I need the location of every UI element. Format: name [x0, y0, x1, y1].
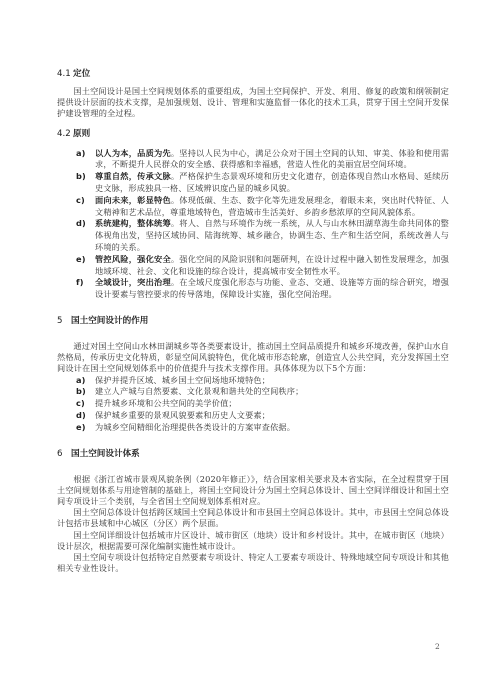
list-item: e)管控风险，强化安全。强化空间的风险识别和问题研判，在设计过程中融入韧性发展理…: [57, 254, 449, 278]
heading-title: 国土空间设计的作用: [71, 316, 148, 326]
item-text: 建立人产城与自然要素、文化景观和谐共处的空间秩序；: [95, 386, 303, 396]
paragraph-system-2: 国土空间总体设计包括跨区域国土空间总体设计和市县国土空间总体设计。其中，市县国土…: [57, 507, 449, 529]
list-item: a)保护并提升区域、城乡国土空间场地环境特色；: [57, 375, 449, 387]
list-marker: f): [76, 277, 84, 289]
heading-title: 原则: [73, 129, 90, 139]
list-marker: b): [76, 386, 86, 398]
heading-4-2: 4.2原则: [57, 128, 449, 140]
list-item: e)为城乡空间精细化治理提供各类设计的方案审查依据。: [57, 422, 449, 434]
list-item: d)保护城乡重要的景观风貌要素和历史人文要素；: [57, 410, 449, 422]
list-marker: a): [76, 375, 86, 387]
paragraph-role: 通过对国土空间山水林田湖城乡等各类要素设计，推动国土空间品质提升和城乡环境改善，…: [57, 341, 449, 375]
page-content: 4.1定位 国土空间设计是国土空间规划体系的重要组成，为国土空间保护、开发、利用…: [57, 68, 449, 574]
paragraph-system-1: 根据《浙江省城市景观风貌条例（2020年修正）》，结合国家相关要求及本省实际，在…: [57, 474, 449, 508]
heading-4-1: 4.1定位: [57, 68, 449, 80]
heading-title: 定位: [73, 69, 90, 79]
item-lead: 全域设计，突出治理: [95, 277, 171, 287]
list-marker: a): [76, 148, 86, 160]
item-lead: 尊重自然，传承文脉: [95, 171, 171, 181]
list-item: f)全域设计，突出治理。在全域尺度强化形态与功能、业态、交通、设施等方面的综合研…: [57, 277, 449, 301]
list-item: b)尊重自然，传承文脉。严格保护生态景观环境和历史文化遗存，创造体现自然山水格局…: [57, 171, 449, 195]
item-text: 为城乡空间精细化治理提供各类设计的方案审查依据。: [95, 422, 295, 432]
item-lead: 系统建构，整体统筹: [95, 218, 171, 228]
document-page: 4.1定位 国土空间设计是国土空间规划体系的重要组成，为国土空间保护、开发、利用…: [0, 0, 495, 700]
heading-5: 5国土空间设计的作用: [57, 315, 449, 327]
heading-number: 4.1: [57, 68, 73, 80]
item-lead: 面向未来，彰显特色: [95, 195, 171, 205]
list-marker: c): [76, 195, 85, 207]
heading-number: 5: [57, 315, 71, 327]
list-item: c)提升城乡环境和公共空间的美学价值；: [57, 398, 449, 410]
list-item: a)以人为本，品质为先。坚持以人民为中心，满足公众对于国土空间的认知、审美、体验…: [57, 148, 449, 172]
item-text: 保护并提升区域、城乡国土空间场地环境特色；: [95, 375, 270, 385]
list-item: c)面向未来，彰显特色。体现低碳、生态、数字化等先进发展理念，着眼未来，突出时代…: [57, 195, 449, 219]
heading-title: 国土空间设计体系: [71, 449, 140, 459]
page-number: 2: [435, 642, 440, 651]
paragraph-positioning: 国土空间设计是国土空间规划体系的重要组成，为国土空间保护、开发、利用、修复的政策…: [57, 86, 449, 120]
item-text: 保护城乡重要的景观风貌要素和历史人文要素；: [95, 410, 270, 420]
list-marker: e): [76, 254, 86, 266]
heading-number: 4.2: [57, 128, 73, 140]
principles-list: a)以人为本，品质为先。坚持以人民为中心，满足公众对于国土空间的认知、审美、体验…: [57, 148, 449, 301]
list-marker: c): [76, 398, 85, 410]
list-marker: e): [76, 422, 86, 434]
list-item: d)系统建构，整体统筹。将人、自然与环境作为统一系统，从人与山水林田湖草海生命共…: [57, 218, 449, 253]
item-lead: 以人为本，品质为先: [95, 148, 171, 158]
list-marker: d): [76, 410, 86, 422]
list-item: b)建立人产城与自然要素、文化景观和谐共处的空间秩序；: [57, 386, 449, 398]
list-marker: b): [76, 171, 86, 183]
list-marker: d): [76, 218, 86, 230]
item-lead: 管控风险，强化安全: [95, 254, 171, 264]
paragraph-system-4: 国土空间专项设计包括特定自然要素专项设计、特定人工要素专项设计、特殊地域空间专项…: [57, 552, 449, 574]
heading-6: 6国土空间设计体系: [57, 448, 449, 460]
role-list: a)保护并提升区域、城乡国土空间场地环境特色； b)建立人产城与自然要素、文化景…: [57, 375, 449, 434]
paragraph-system-3: 国土空间详细设计包括城市片区设计、城市街区（地块）设计和乡村设计。其中，在城市街…: [57, 530, 449, 552]
item-text: 提升城乡环境和公共空间的美学价值；: [95, 398, 237, 408]
heading-number: 6: [57, 448, 71, 460]
